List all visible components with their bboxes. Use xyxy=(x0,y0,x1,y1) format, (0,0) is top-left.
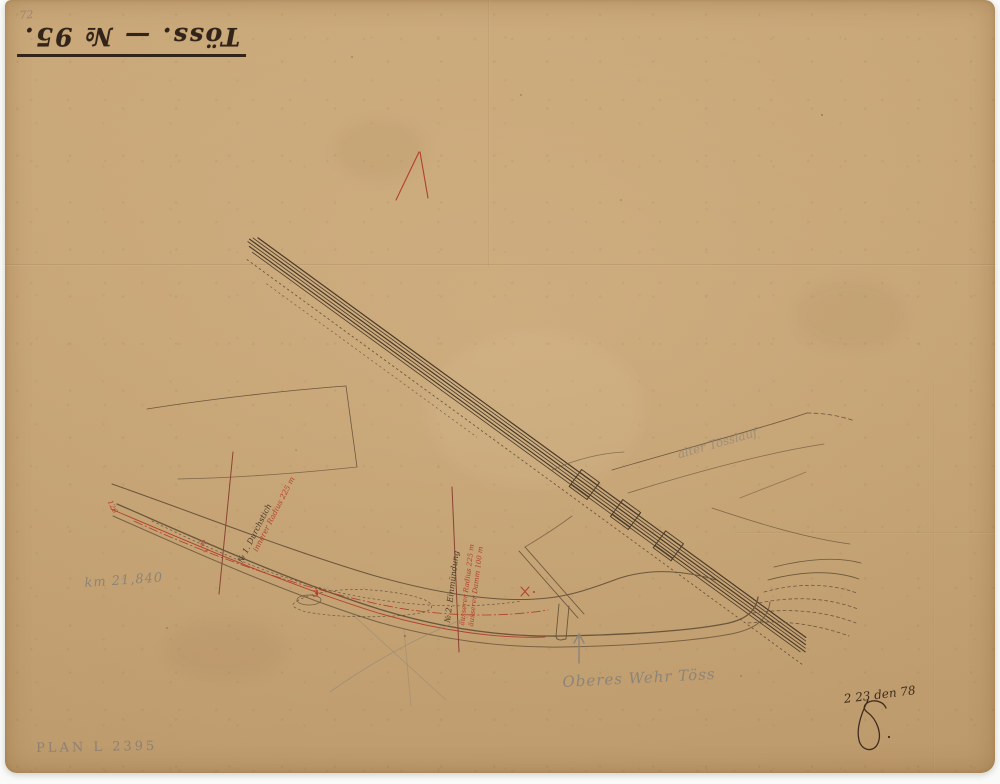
signature-flourish xyxy=(858,700,890,750)
weir-structure xyxy=(519,516,584,640)
weir-pier xyxy=(556,604,569,640)
paper-specks xyxy=(166,56,823,677)
railway-lines xyxy=(234,232,821,673)
red-dot xyxy=(533,591,535,593)
river-lower-bank xyxy=(117,504,758,636)
river-lower-bank-outer xyxy=(113,516,770,647)
archive-title: Töss. — № 95. xyxy=(30,16,234,62)
plan-number: PLAN L 2395 xyxy=(36,739,157,756)
terrain-lines-right xyxy=(552,413,855,544)
railway-boundary-dotted xyxy=(247,260,805,667)
river-banks xyxy=(112,484,770,647)
red-x-mark xyxy=(521,587,529,596)
field-boundaries xyxy=(147,386,357,479)
archive-title-text: Töss. — № 95. xyxy=(17,22,246,57)
plan-drawing xyxy=(0,0,1000,784)
weir-pointer-arrow xyxy=(574,634,584,663)
island-number: 3 xyxy=(312,589,320,600)
railway-boundary-dotted-2 xyxy=(267,284,477,437)
embankment-fan xyxy=(748,559,861,636)
red-north-mark xyxy=(396,152,428,200)
